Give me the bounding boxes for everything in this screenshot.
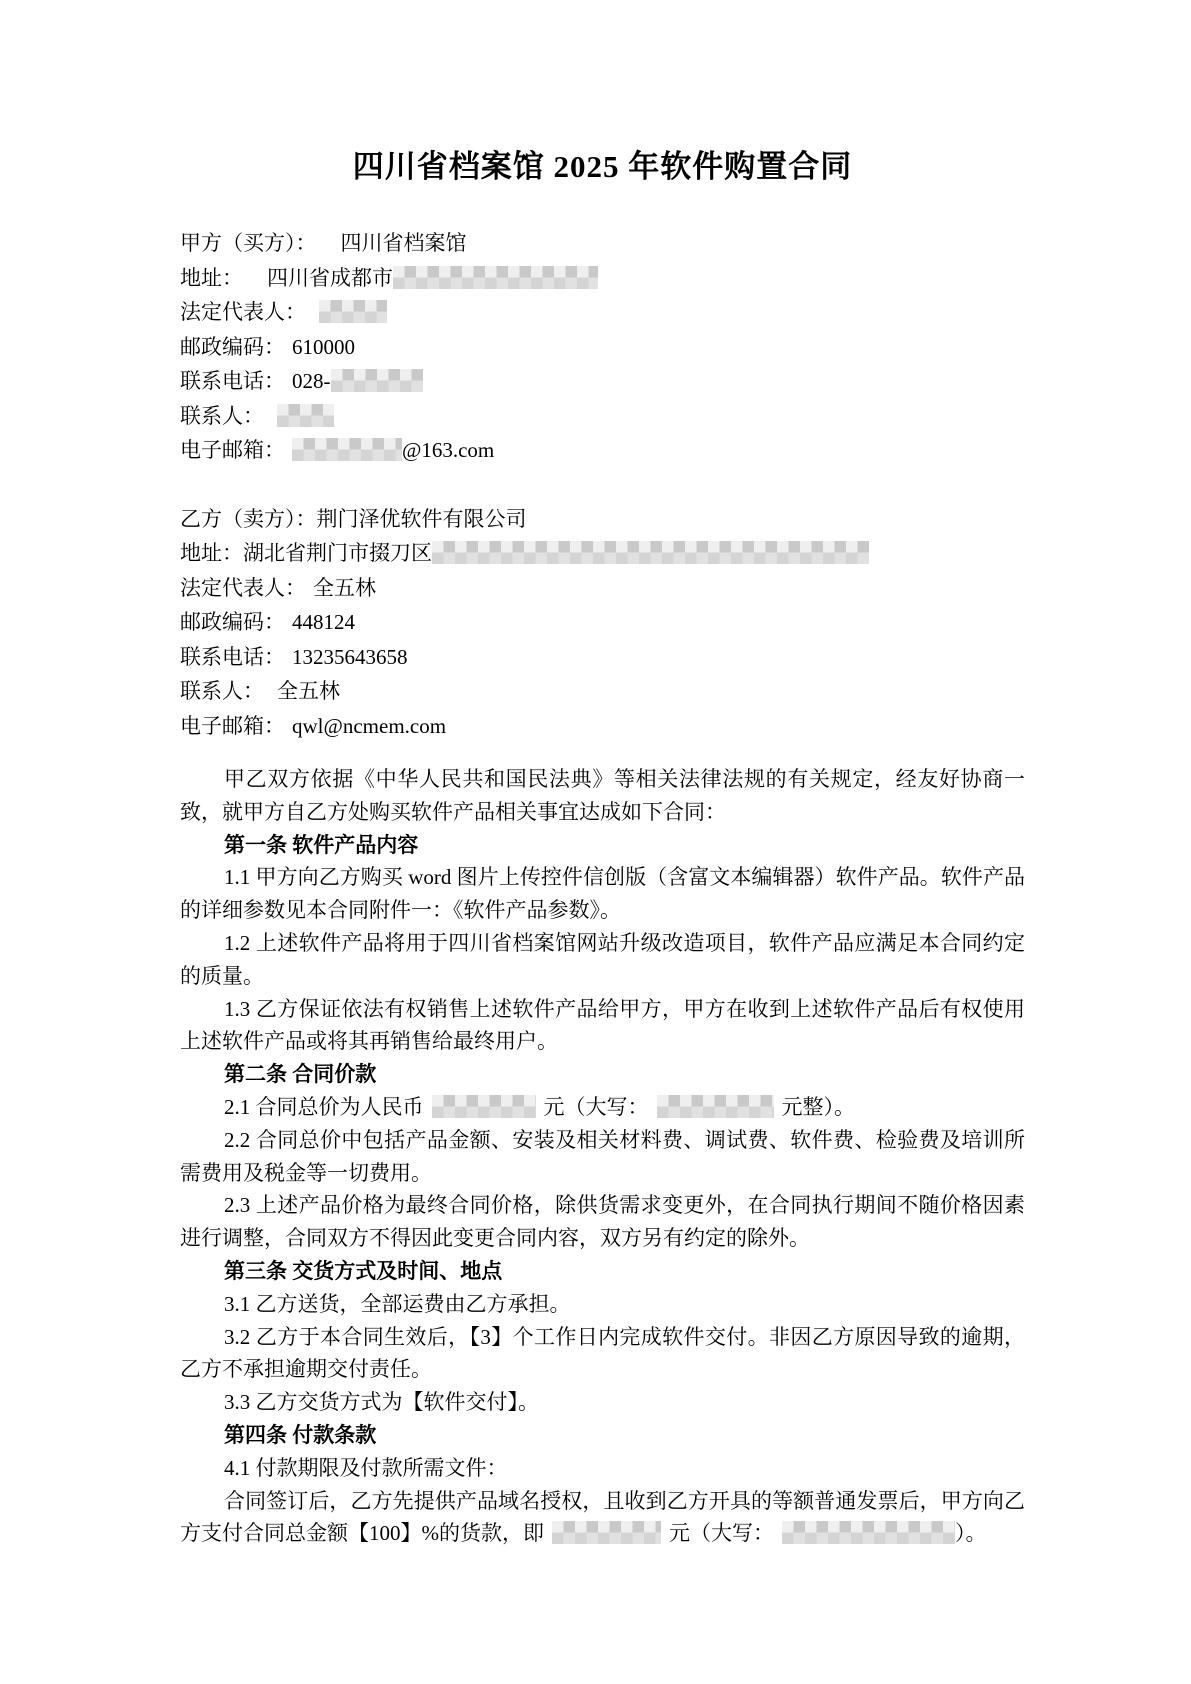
party-a-legal-rep-line: 法定代表人： bbox=[180, 295, 1025, 330]
party-b-address-redacted bbox=[432, 541, 869, 564]
party-b-postal-label: 邮政编码： bbox=[180, 610, 285, 634]
party-b-address-label: 地址： bbox=[180, 541, 243, 565]
party-a-postal-line: 邮政编码：610000 bbox=[180, 330, 1025, 365]
section-2-heading: 第二条 合同价款 bbox=[180, 1058, 1025, 1091]
party-a-block: 甲方（买方）：四川省档案馆 地址：四川省成都市 法定代表人： 邮政编码：6100… bbox=[180, 226, 1025, 468]
party-a-email-label: 电子邮箱： bbox=[180, 438, 285, 462]
party-b-legal-rep-value: 全五林 bbox=[313, 576, 376, 600]
payment-amount-redacted bbox=[552, 1521, 661, 1544]
party-b-phone-value: 13235643658 bbox=[292, 645, 408, 669]
payment-amount-words-redacted bbox=[782, 1521, 955, 1544]
party-a-phone-value: 028- bbox=[292, 369, 331, 393]
party-a-legal-rep-label: 法定代表人： bbox=[180, 300, 306, 324]
party-a-contact-line: 联系人： bbox=[180, 399, 1025, 434]
contract-page: 四川省档案馆 2025 年软件购置合同 甲方（买方）：四川省档案馆 地址：四川省… bbox=[0, 0, 1191, 1684]
party-a-contact-redacted bbox=[277, 404, 334, 427]
party-a-role-value: 四川省档案馆 bbox=[341, 231, 467, 255]
clause-2-2: 2.2 合同总价中包括产品金额、安装及相关材料费、调试费、软件费、检验费及培训所… bbox=[180, 1124, 1025, 1190]
party-b-phone-line: 联系电话：13235643658 bbox=[180, 640, 1025, 675]
party-b-phone-label: 联系电话： bbox=[180, 645, 285, 669]
party-b-postal-line: 邮政编码：448124 bbox=[180, 605, 1025, 640]
contract-content: 四川省档案馆 2025 年软件购置合同 甲方（买方）：四川省档案馆 地址：四川省… bbox=[180, 146, 1025, 1550]
party-a-address-redacted bbox=[393, 266, 598, 289]
party-b-contact-line: 联系人：全五林 bbox=[180, 674, 1025, 709]
party-b-role-line: 乙方（卖方）：荆门泽优软件有限公司 bbox=[180, 502, 1025, 537]
clause-3-2: 3.2 乙方于本合同生效后，【3】个工作日内完成软件交付。非因乙方原因导致的逾期… bbox=[180, 1321, 1025, 1387]
party-b-role-value: 荆门泽优软件有限公司 bbox=[317, 507, 527, 531]
party-a-legal-rep-redacted bbox=[319, 300, 387, 323]
clause-4-1: 4.1 付款期限及付款所需文件： bbox=[180, 1452, 1025, 1485]
clause-2-1: 2.1 合同总价为人民币元（大写：元整）。 bbox=[180, 1091, 1025, 1124]
section-3-heading: 第三条 交货方式及时间、地点 bbox=[180, 1255, 1025, 1288]
clause-1-3: 1.3 乙方保证依法有权销售上述软件产品给甲方，甲方在收到上述软件产品后有权使用… bbox=[180, 993, 1025, 1059]
party-a-address-value: 四川省成都市 bbox=[267, 266, 393, 290]
party-a-phone-label: 联系电话： bbox=[180, 369, 285, 393]
party-a-role-line: 甲方（买方）：四川省档案馆 bbox=[180, 226, 1025, 261]
party-b-address-line: 地址：湖北省荆门市掇刀区 bbox=[180, 536, 1025, 571]
clause-1-1: 1.1 甲方向乙方购买 word 图片上传控件信创版（含富文本编辑器）软件产品。… bbox=[180, 861, 1025, 927]
party-b-email-value: qwl@ncmem.com bbox=[292, 714, 446, 738]
party-b-legal-rep-line: 法定代表人：全五林 bbox=[180, 571, 1025, 606]
party-b-contact-value: 全五林 bbox=[277, 679, 340, 703]
party-a-email-redacted bbox=[292, 438, 402, 461]
clause-2-1-text-before: 2.1 合同总价为人民币 bbox=[224, 1095, 424, 1119]
party-a-phone-line: 联系电话：028- bbox=[180, 364, 1025, 399]
clause-3-1: 3.1 乙方送货，全部运费由乙方承担。 bbox=[180, 1288, 1025, 1321]
party-a-address-line: 地址：四川省成都市 bbox=[180, 261, 1025, 296]
contract-price-redacted bbox=[432, 1095, 536, 1118]
contract-body: 甲乙双方依据《中华人民共和国民法典》等相关法律法规的有关规定，经友好协商一致，就… bbox=[180, 763, 1025, 1550]
clause-2-1-text-after: 元整）。 bbox=[782, 1095, 856, 1119]
preamble-paragraph: 甲乙双方依据《中华人民共和国民法典》等相关法律法规的有关规定，经友好协商一致，就… bbox=[180, 763, 1025, 829]
contract-price-words-redacted bbox=[657, 1095, 774, 1118]
clause-2-3: 2.3 上述产品价格为最终合同价格，除供货需求变更外，在合同执行期间不随价格因素… bbox=[180, 1189, 1025, 1255]
party-b-email-line: 电子邮箱：qwl@ncmem.com bbox=[180, 709, 1025, 744]
party-a-address-label: 地址： bbox=[180, 266, 243, 290]
clause-4-2-text-mid: 元（大写： bbox=[669, 1521, 774, 1545]
contract-title: 四川省档案馆 2025 年软件购置合同 bbox=[180, 146, 1025, 188]
party-b-contact-label: 联系人： bbox=[180, 679, 264, 703]
party-a-contact-label: 联系人： bbox=[180, 404, 264, 428]
clause-4-2-text-after: ）。 bbox=[955, 1521, 987, 1545]
party-a-email-domain: @163.com bbox=[402, 438, 494, 462]
party-a-email-line: 电子邮箱：@163.com bbox=[180, 433, 1025, 468]
party-a-phone-redacted bbox=[331, 369, 423, 392]
clause-4-2: 合同签订后，乙方先提供产品域名授权，且收到乙方开具的等额普通发票后，甲方向乙方支… bbox=[180, 1485, 1025, 1551]
party-b-legal-rep-label: 法定代表人： bbox=[180, 576, 306, 600]
party-b-address-value: 湖北省荆门市掇刀区 bbox=[243, 541, 432, 565]
clause-2-1-text-mid: 元（大写： bbox=[544, 1095, 649, 1119]
clause-3-3: 3.3 乙方交货方式为【软件交付】。 bbox=[180, 1386, 1025, 1419]
party-b-email-label: 电子邮箱： bbox=[180, 714, 285, 738]
party-a-role-label: 甲方（买方）： bbox=[180, 231, 317, 255]
section-4-heading: 第四条 付款条款 bbox=[180, 1419, 1025, 1452]
clause-1-2: 1.2 上述软件产品将用于四川省档案馆网站升级改造项目，软件产品应满足本合同约定… bbox=[180, 927, 1025, 993]
party-a-postal-label: 邮政编码： bbox=[180, 335, 285, 359]
party-b-block: 乙方（卖方）：荆门泽优软件有限公司 地址：湖北省荆门市掇刀区 法定代表人：全五林… bbox=[180, 502, 1025, 744]
party-b-role-label: 乙方（卖方）： bbox=[180, 507, 317, 531]
section-1-heading: 第一条 软件产品内容 bbox=[180, 829, 1025, 862]
party-b-postal-value: 448124 bbox=[292, 610, 355, 634]
party-a-postal-value: 610000 bbox=[292, 335, 355, 359]
